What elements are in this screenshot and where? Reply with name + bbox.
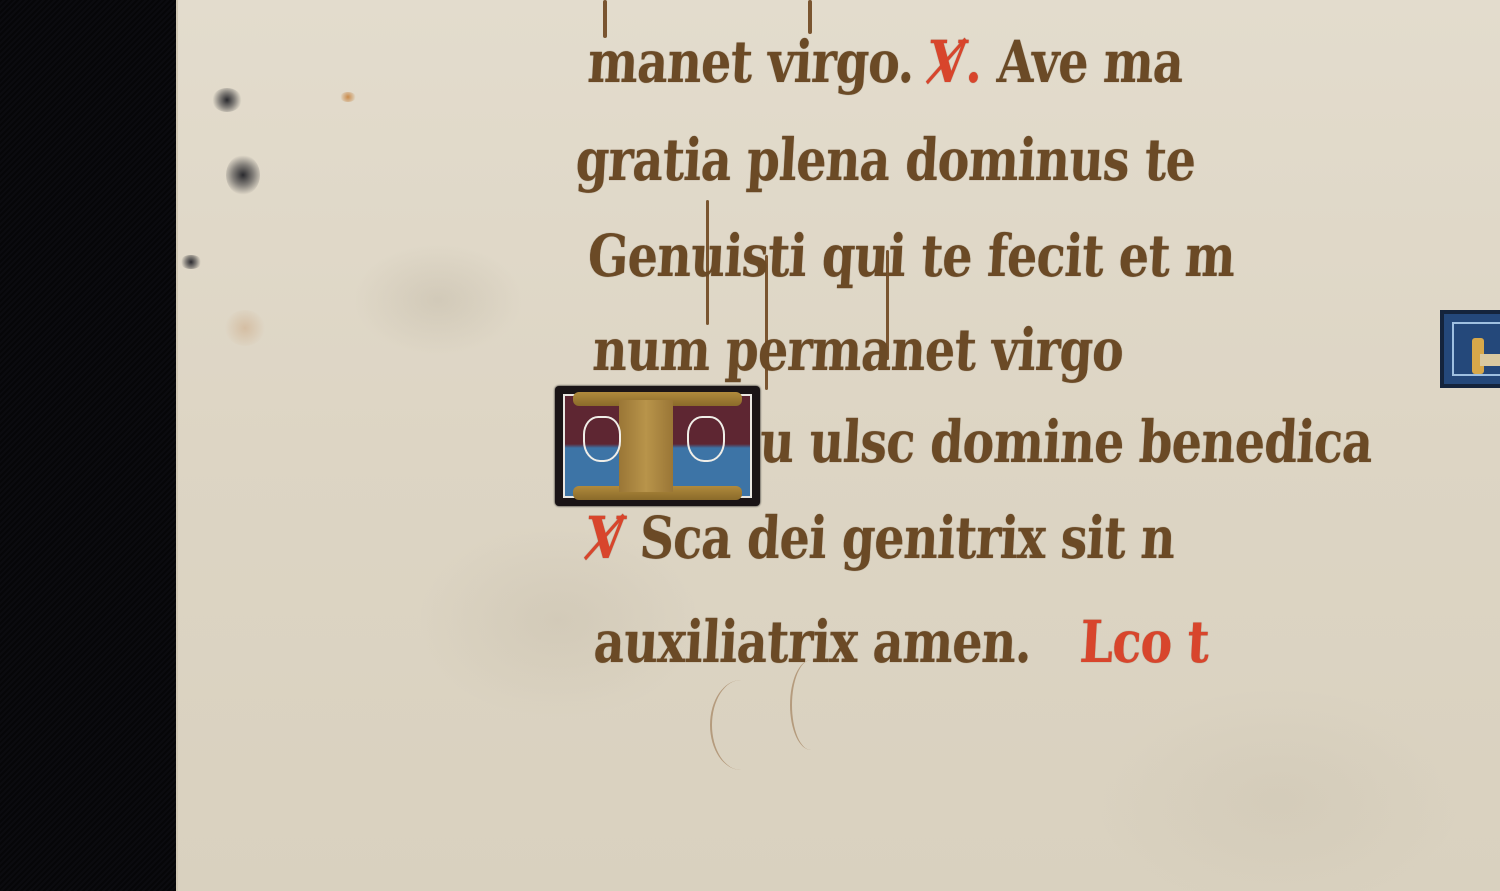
ink-spot xyxy=(180,255,202,269)
manuscript-line-3: Genuisti qui te fecit et m xyxy=(586,222,1237,290)
versicle-rubric: V̸. xyxy=(928,28,984,96)
line-text: auxiliatrix amen. xyxy=(592,608,1033,676)
line-text: Sca dei genitrix sit n xyxy=(638,504,1177,572)
hairline-flourish xyxy=(710,680,772,770)
line-text: Ave ma xyxy=(996,28,1186,96)
manuscript-line-6: V̸ Sca dei genitrix sit n xyxy=(586,504,1177,572)
illuminated-initial-secondary xyxy=(1440,310,1500,388)
black-backdrop xyxy=(0,0,180,891)
manuscript-line-4: num permanet virgo xyxy=(591,316,1125,384)
rubric-heading: Lco t xyxy=(1078,608,1210,676)
line-text: u ulsc domine benedica xyxy=(758,408,1374,476)
manuscript-line-7: auxiliatrix amen. Lco t xyxy=(592,608,1210,676)
line-text: gratia plena dominus te xyxy=(574,126,1197,194)
manuscript-line-2: gratia plena dominus te xyxy=(574,126,1197,194)
stain-spot xyxy=(225,310,265,346)
versicle-rubric: V̸ xyxy=(586,504,626,572)
line-text: num permanet virgo xyxy=(591,316,1125,384)
initial-white-flourish-right xyxy=(687,416,725,462)
ink-spot xyxy=(226,155,260,195)
ink-spot xyxy=(212,88,242,112)
initial-gold-bar xyxy=(1480,354,1500,366)
stain-spot xyxy=(340,92,356,102)
manuscript-line-5: u ulsc domine benedica xyxy=(758,408,1374,476)
line-text: Genuisti qui te fecit et m xyxy=(586,222,1237,290)
illuminated-initial xyxy=(555,386,760,506)
line-text: manet virgo. xyxy=(586,28,916,96)
initial-gold-stem xyxy=(619,400,673,492)
manuscript-line-1: manet virgo. V̸. Ave ma xyxy=(586,28,1185,96)
initial-white-flourish-left xyxy=(583,416,621,462)
